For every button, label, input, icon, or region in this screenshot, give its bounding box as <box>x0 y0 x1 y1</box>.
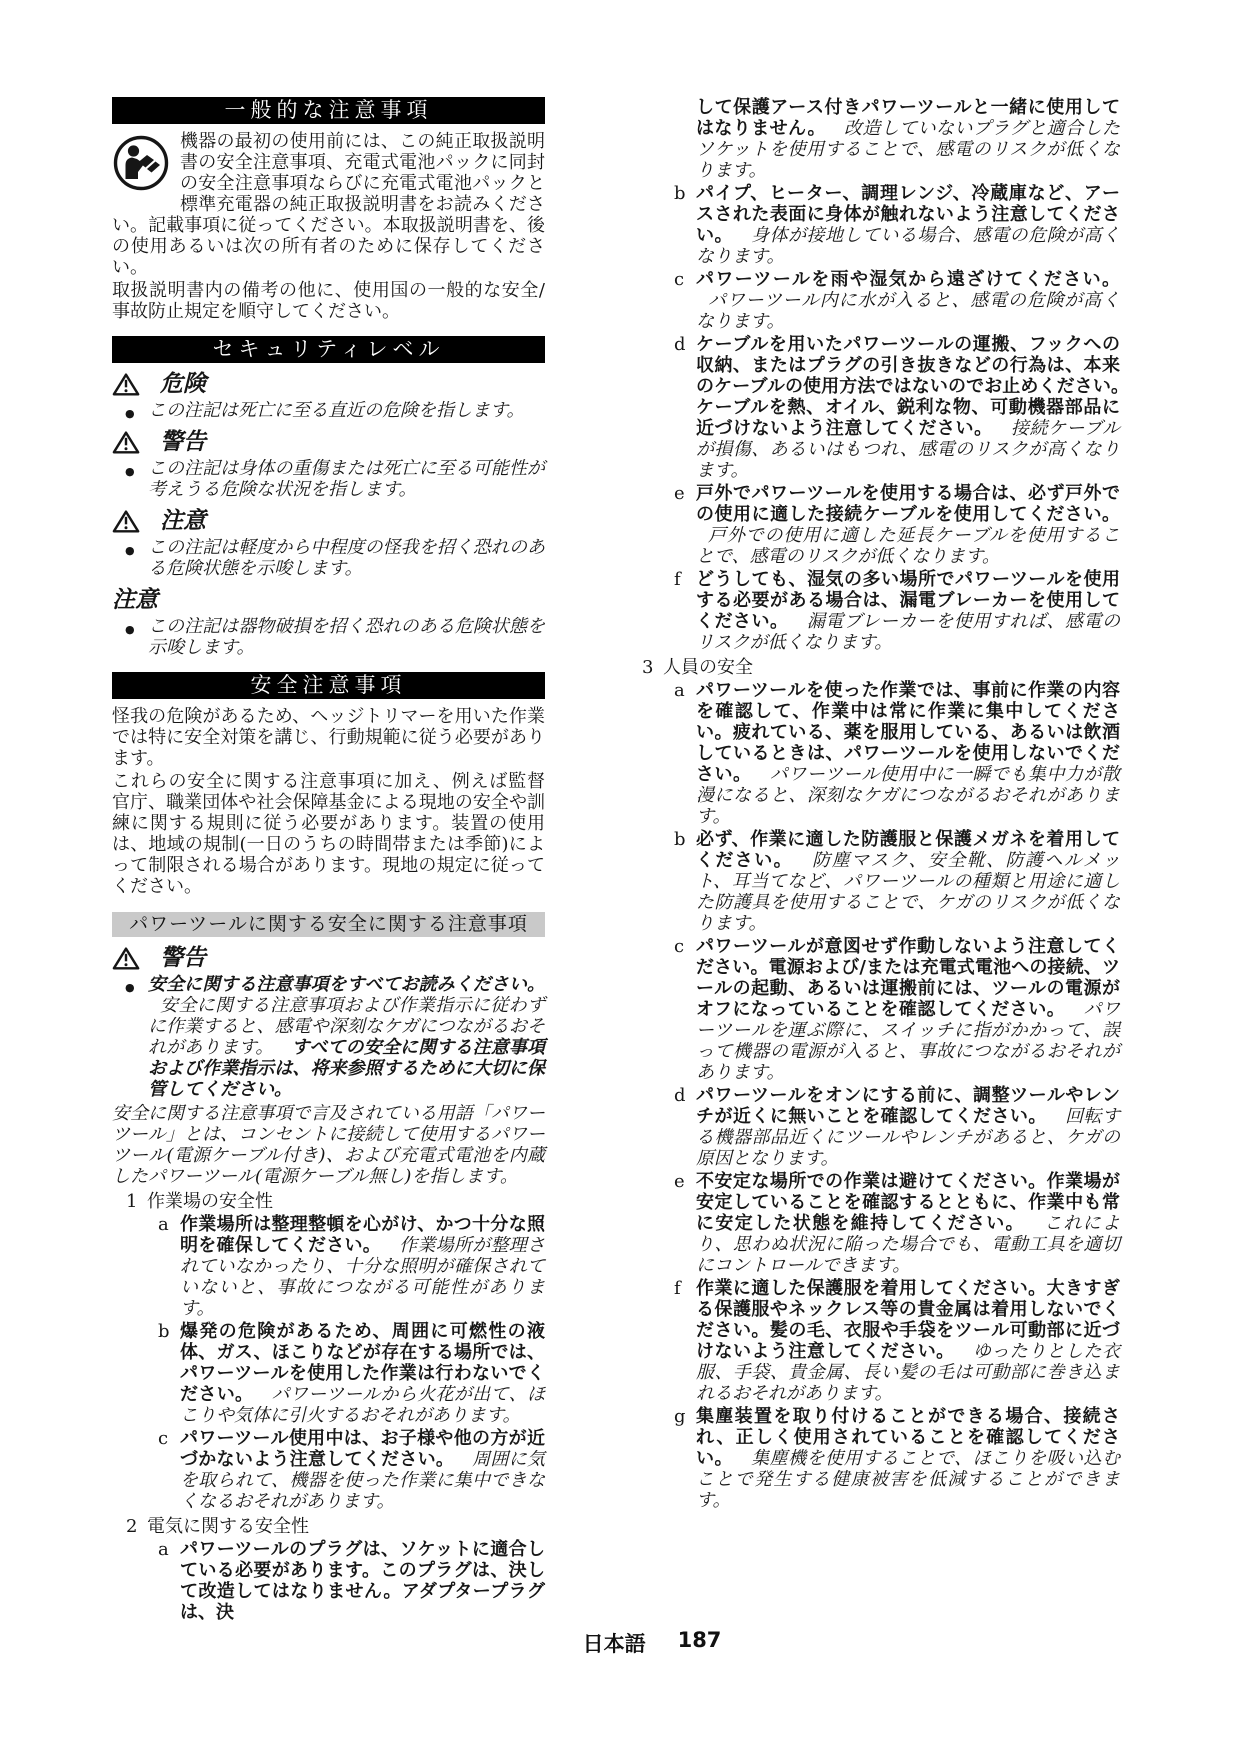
item-label: g <box>674 1406 686 1427</box>
danger-description: この注記は死亡に至る直近の危険を指します。 <box>112 400 545 421</box>
safety-item: f 作業に適した保護服を着用してください。大きすぎる保護服やネックレス等の貴金属… <box>628 1278 1120 1404</box>
section-title: 一般的な注意事項 <box>225 98 433 122</box>
danger-label: 危険 <box>160 371 206 397</box>
item-instruction: パワーツールが意図せず作動しないよう注意してください。電源および/または充電式電… <box>696 936 1120 1020</box>
warning-triangle-icon <box>112 509 140 534</box>
subsection-title: パワーツールに関する安全に関する注意事項 <box>129 913 528 935</box>
group-number: 1 <box>126 1191 137 1212</box>
item-instruction: パワーツールのプラグは、ソケットに適合している必要があります。このプラグは、決し… <box>180 1539 545 1623</box>
item-label: e <box>674 1171 685 1192</box>
intro-paragraph: 機器の最初の使用前には、この純正取扱説明書の安全注意事項、充電式電池パックに同封… <box>112 131 545 278</box>
item-label: d <box>674 1085 686 1106</box>
item-instruction: パワーツールを雨や湿気から遠ざけてください。 <box>696 269 1120 290</box>
group-heading-electrical-safety: 2 電気に関する安全性 <box>112 1516 545 1537</box>
warning-description: この注記は身体の重傷または死亡に至る可能性が考えうる危険な状況を指します。 <box>112 458 545 500</box>
two-column-layout: 一般的な注意事項 機器の最初の使用前には、この純正取扱説明書の安全注意事項、充電… <box>0 0 1241 1623</box>
footer-page-number: 187 <box>678 1628 722 1658</box>
item-label: f <box>674 569 681 590</box>
group-number: 3 <box>642 657 653 678</box>
section-title: 安全注意事項 <box>251 673 407 697</box>
caution-description: この注記は軽度から中程度の怪我を招く恐れのある危険状態を示唆します。 <box>112 537 545 579</box>
safety-item: g 集塵装置を取り付けることができる場合、接続され、正しく使用されていることを確… <box>628 1406 1120 1511</box>
notice-label: 注意 <box>112 587 158 613</box>
warning-triangle-icon <box>112 430 140 455</box>
section-header-safety-notes: 安全注意事項 <box>112 672 545 699</box>
item-label: b <box>674 829 686 850</box>
manual-page: 一般的な注意事項 機器の最初の使用前には、この純正取扱説明書の安全注意事項、充電… <box>0 0 1241 1754</box>
item-explanation: パワーツール内に水が入ると、感電の危険が高くなります。 <box>696 290 1120 332</box>
item-label: c <box>674 936 684 957</box>
item-label: c <box>674 269 684 290</box>
body-paragraph: これらの安全に関する注意事項に加え、例えば監督官庁、職業団体や社会保障基金による… <box>112 771 545 897</box>
warning-label: 警告 <box>160 945 206 971</box>
safety-item: d ケーブルを用いたパワーツールの運搬、フックへの収納、またはプラグの引き抜きな… <box>628 334 1120 481</box>
item-label: a <box>158 1539 169 1560</box>
item-label: d <box>674 334 686 355</box>
item-continuation: して保護アース付きパワーツールと一緒に使用してはなりません。 改造していないプラ… <box>696 97 1120 181</box>
warning-label: 警告 <box>160 429 206 455</box>
section-header-security-levels: セキュリティレベル <box>112 336 545 363</box>
warning-triangle-icon <box>112 946 140 971</box>
item-explanation: パワーツール使用中に一瞬でも集中力が散漫になると、深刻なケガにつながるおそれがあ… <box>696 764 1120 827</box>
item-label: b <box>158 1321 170 1342</box>
definition-paragraph: 安全に関する注意事項で言及されている用語「パワーツール」とは、コンセントに接続し… <box>112 1103 545 1187</box>
item-explanation: 集塵機を使用することで、ほこりを吸い込むことで発生する健康被害を低減することがで… <box>696 1448 1120 1511</box>
danger-level-heading: 危険 <box>112 371 545 397</box>
item-label: e <box>674 483 685 504</box>
caution-label: 注意 <box>160 508 206 534</box>
group-number: 2 <box>126 1516 137 1537</box>
safety-item: e 戸外でパワーツールを使用する場合は、必ず戸外での使用に適した接続ケーブルを使… <box>628 483 1120 567</box>
subsection-header-power-tool-safety: パワーツールに関する安全に関する注意事項 <box>112 912 545 937</box>
page-footer: 日本語 187 <box>502 1628 802 1658</box>
safety-item: b パイプ、ヒーター、調理レンジ、冷蔵庫など、アースされた表面に身体が触れないよ… <box>628 183 1120 267</box>
safety-item: b 必ず、作業に適した防護服と保護メガネを着用してください。 防塵マスク、安全靴… <box>628 829 1120 934</box>
safety-item: c パワーツールが意図せず作動しないよう注意してください。電源および/または充電… <box>628 936 1120 1083</box>
section-header-general-notes: 一般的な注意事項 <box>112 97 545 124</box>
item-instruction: 戸外でパワーツールを使用する場合は、必ず戸外での使用に適した接続ケーブルを使用し… <box>696 483 1120 525</box>
safety-item: b 爆発の危険があるため、周囲に可燃性の液体、ガス、ほこりなどが存在する場所では… <box>112 1321 545 1426</box>
left-column: 一般的な注意事項 機器の最初の使用前には、この純正取扱説明書の安全注意事項、充電… <box>112 97 545 1623</box>
safety-item: d パワーツールをオンにする前に、調整ツールやレンチが近くに無いことを確認してく… <box>628 1085 1120 1169</box>
read-manual-icon <box>112 134 170 192</box>
group-title: 人員の安全 <box>663 657 753 678</box>
item-instruction: パワーツールをオンにする前に、調整ツールやレンチが近くに無いことを確認してくださ… <box>696 1085 1120 1127</box>
body-paragraph: 取扱説明書内の備考の他に、使用国の一般的な安全/事故防止規定を順守してください。 <box>112 280 545 322</box>
safety-item: c パワーツールを雨や湿気から遠ざけてください。 パワーツール内に水が入ると、感… <box>628 269 1120 332</box>
safety-item: e 不安定な場所での作業は避けてください。作業場が安定していることを確認するとと… <box>628 1171 1120 1276</box>
item-explanation: 戸外での使用に適した延長ケーブルを使用することで、感電のリスクが低くなります。 <box>696 525 1120 567</box>
right-column: して保護アース付きパワーツールと一緒に使用してはなりません。 改造していないプラ… <box>628 97 1120 1511</box>
warning-triangle-icon <box>112 372 140 397</box>
item-label: c <box>158 1428 168 1449</box>
section-title: セキュリティレベル <box>213 337 445 361</box>
intro-text: 機器の最初の使用前には、この純正取扱説明書の安全注意事項、充電式電池パックに同封… <box>112 131 545 278</box>
warning-heading: 警告 <box>112 945 545 971</box>
group-title: 電気に関する安全性 <box>147 1516 309 1537</box>
safety-item: a 作業場所は整理整頓を心がけ、かつ十分な照明を確保してください。 作業場所が整… <box>112 1214 545 1319</box>
safety-item: a パワーツールを使った作業では、事前に作業の内容を確認して、作業中は常に作業に… <box>628 680 1120 827</box>
item-explanation: 身体が接地している場合、感電の危険が高くなります。 <box>696 225 1120 267</box>
footer-language: 日本語 <box>583 1628 646 1658</box>
item-label: b <box>674 183 686 204</box>
item-label: a <box>674 680 685 701</box>
warning-bullet: 安全に関する注意事項をすべてお読みください。 安全に関する注意事項および作業指示… <box>112 974 545 1100</box>
safety-item: a パワーツールのプラグは、ソケットに適合している必要があります。このプラグは、… <box>112 1539 545 1623</box>
body-paragraph: 怪我の危険があるため、ヘッジトリマーを用いた作業では特に安全対策を講じ、行動規範… <box>112 706 545 769</box>
group-heading-personal-safety: 3 人員の安全 <box>628 657 1120 678</box>
item-label: f <box>674 1278 681 1299</box>
safety-item: f どうしても、湿気の多い場所でパワーツールを使用する必要がある場合は、漏電ブレ… <box>628 569 1120 653</box>
warning-bullet-bold: 安全に関する注意事項をすべてお読みください。 <box>148 974 545 995</box>
item-label: a <box>158 1214 169 1235</box>
caution-level-heading: 注意 <box>112 508 545 534</box>
group-title: 作業場の安全性 <box>147 1191 273 1212</box>
group-heading-workplace-safety: 1 作業場の安全性 <box>112 1191 545 1212</box>
warning-level-heading: 警告 <box>112 429 545 455</box>
safety-item: c パワーツール使用中は、お子様や他の方が近づかないよう注意してください。 周囲… <box>112 1428 545 1512</box>
notice-description: この注記は器物破損を招く恐れのある危険状態を示唆します。 <box>112 616 545 658</box>
notice-level-heading: 注意 <box>112 587 545 613</box>
